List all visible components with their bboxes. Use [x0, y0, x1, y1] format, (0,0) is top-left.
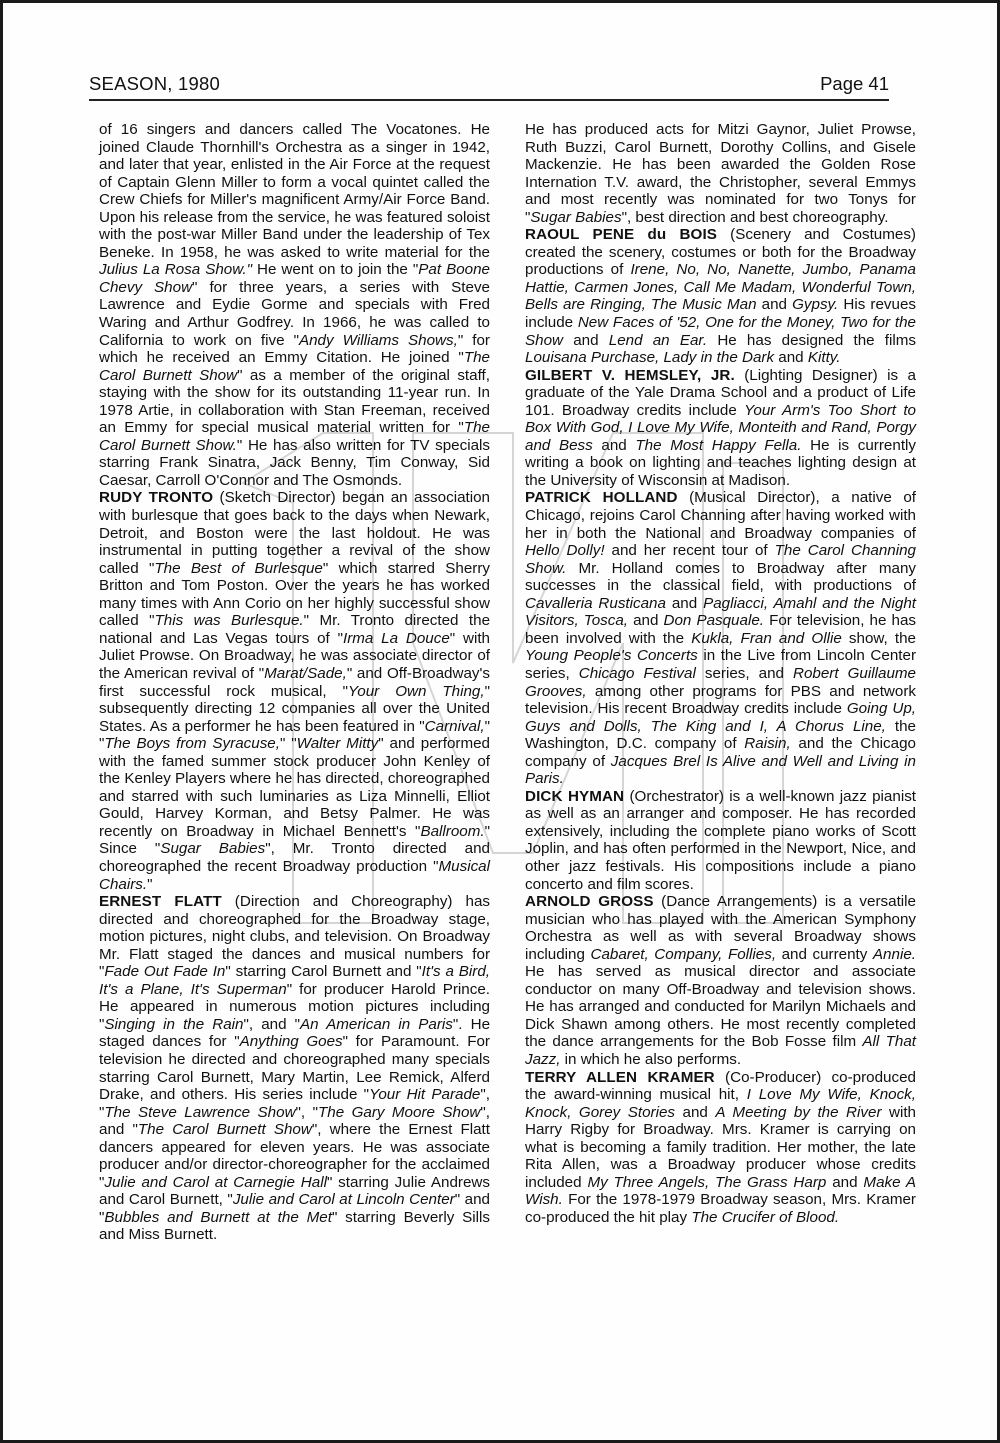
text-run: and: [757, 296, 793, 313]
text-run: " ": [280, 735, 297, 752]
paragraph-flatt-continued: He has produced acts for Mitzi Gaynor, J…: [525, 121, 916, 226]
work-title: Young People's Concerts: [525, 647, 698, 664]
text-run: Mr. Holland comes to Broadway after many…: [525, 560, 916, 595]
page-frame: SEASON, 1980 Page 41 of 16 singers and d…: [0, 0, 1000, 1443]
work-title: Your Hit Parade: [369, 1086, 480, 1103]
work-title: Hello Dolly!: [525, 542, 605, 559]
paragraph-dick-hyman: DICK HYMAN (Orchestrator) is a well-know…: [525, 788, 916, 893]
work-title: Gypsy.: [792, 296, 838, 313]
work-title: The Gary Moore Show: [318, 1104, 480, 1121]
work-title: Sugar Babies: [160, 840, 265, 857]
paragraph-ernest-flatt: ERNEST FLATT (Direction and Choreography…: [99, 893, 490, 1244]
work-title: Louisana Purchase, Lady in the Dark: [525, 349, 774, 366]
work-title: Annie.: [873, 946, 916, 963]
text-run: and: [628, 612, 664, 629]
person-name: RUDY TRONTO: [99, 489, 213, 506]
text-run: ", best direction and best choreography.: [622, 209, 889, 226]
work-title: Chicago Festival: [579, 665, 696, 682]
text-run: and her recent tour of: [605, 542, 775, 559]
work-title: The Carol Burnett Show: [138, 1121, 312, 1138]
paragraph-artie-bio-continued: of 16 singers and dancers called The Voc…: [99, 121, 490, 489]
text-run: " starring Carol Burnett and ": [225, 963, 421, 980]
work-title: The Steve Lawrence Show: [104, 1104, 295, 1121]
paragraph-raoul-pene-du-bois: RAOUL PENE du BOIS (Scenery and Costumes…: [525, 226, 916, 366]
text-run: He has served as musical director and as…: [525, 963, 916, 1050]
work-title: Kukla, Fran and Ollie: [691, 630, 842, 647]
work-title: A Meeting by the River: [715, 1104, 881, 1121]
text-run: ", and ": [244, 1016, 301, 1033]
text-run: and: [563, 332, 609, 349]
text-run: in which he also performs.: [560, 1051, 741, 1068]
person-name: ERNEST FLATT: [99, 893, 222, 910]
text-run: ", ": [296, 1104, 318, 1121]
work-title: Carnival,: [425, 718, 485, 735]
work-title: Julie and Carol at Lincoln Center: [233, 1191, 455, 1208]
paragraph-rudy-tronto: RUDY TRONTO (Sketch Director) began an a…: [99, 489, 490, 893]
work-title: Raisin,: [744, 735, 790, 752]
work-title: An American in Paris: [300, 1016, 453, 1033]
person-name: TERRY ALLEN KRAMER: [525, 1069, 715, 1086]
work-title: Your Own Thing,: [348, 683, 485, 700]
work-title: The Most Happy Fella.: [635, 437, 801, 454]
right-column: He has produced acts for Mitzi Gaynor, J…: [525, 121, 916, 1226]
text-run: He went on to join the ": [252, 261, 418, 278]
work-title: Julius La Rosa Show.": [99, 261, 252, 278]
text-run: ": [147, 876, 152, 893]
paragraph-patrick-holland: PATRICK HOLLAND (Musical Director), a na…: [525, 489, 916, 787]
text-run: and: [666, 595, 703, 612]
work-title: Walter Mitty: [297, 735, 379, 752]
work-title: Singing in the Rain: [104, 1016, 243, 1033]
text-run: show, the: [842, 630, 916, 647]
paragraph-arnold-gross: ARNOLD GROSS (Dance Arrangements) is a v…: [525, 893, 916, 1068]
text-run: and currenty: [776, 946, 873, 963]
work-title: This was Burlesque.: [155, 612, 304, 629]
work-title: Fade Out Fade In: [104, 963, 225, 980]
work-title: Don Pasquale.: [664, 612, 765, 629]
paragraph-gilbert-hemsley: GILBERT V. HEMSLEY, JR. (Lighting Design…: [525, 367, 916, 490]
text-run: of 16 singers and dancers called The Voc…: [99, 121, 490, 261]
person-name: GILBERT V. HEMSLEY, JR.: [525, 367, 735, 384]
work-title: Julie and Carol at Carnegie Hall: [104, 1174, 327, 1191]
work-title: Ballroom.: [420, 823, 484, 840]
work-title: The Crucifer of Blood.: [691, 1209, 839, 1226]
text-run: and: [774, 349, 808, 366]
work-title: Marat/Sade,: [264, 665, 347, 682]
person-name: ARNOLD GROSS: [525, 893, 654, 910]
text-run: and: [675, 1104, 715, 1121]
season-label: SEASON, 1980: [89, 73, 220, 95]
left-column: of 16 singers and dancers called The Voc…: [99, 121, 490, 1244]
work-title: Cavalleria Rusticana: [525, 595, 666, 612]
text-run: He has designed the films: [707, 332, 916, 349]
person-name: PATRICK HOLLAND: [525, 489, 678, 506]
work-title: The Boys from Syracuse,: [104, 735, 280, 752]
work-title: Sugar Babies: [530, 209, 621, 226]
work-title: Lend an Ear.: [609, 332, 707, 349]
person-name: RAOUL PENE du BOIS: [525, 226, 717, 243]
work-title: Anything Goes: [240, 1033, 343, 1050]
work-title: The Best of Burlesque: [154, 560, 323, 577]
work-title: Kitty.: [808, 349, 841, 366]
work-title: Cabaret, Company, Follies,: [591, 946, 777, 963]
work-title: My Three Angels, The Grass Harp: [587, 1174, 826, 1191]
paragraph-terry-allen-kramer: TERRY ALLEN KRAMER (Co-Producer) co-prod…: [525, 1069, 916, 1227]
work-title: Irma La Douce: [343, 630, 450, 647]
text-run: and: [826, 1174, 863, 1191]
page-number: Page 41: [820, 73, 889, 95]
person-name: DICK HYMAN: [525, 788, 624, 805]
text-run: and: [593, 437, 636, 454]
work-title: Andy Williams Shows,: [299, 332, 458, 349]
page-header: SEASON, 1980 Page 41: [89, 73, 889, 101]
text-run: series, and: [696, 665, 793, 682]
work-title: Bubbles and Burnett at the Met: [104, 1209, 332, 1226]
